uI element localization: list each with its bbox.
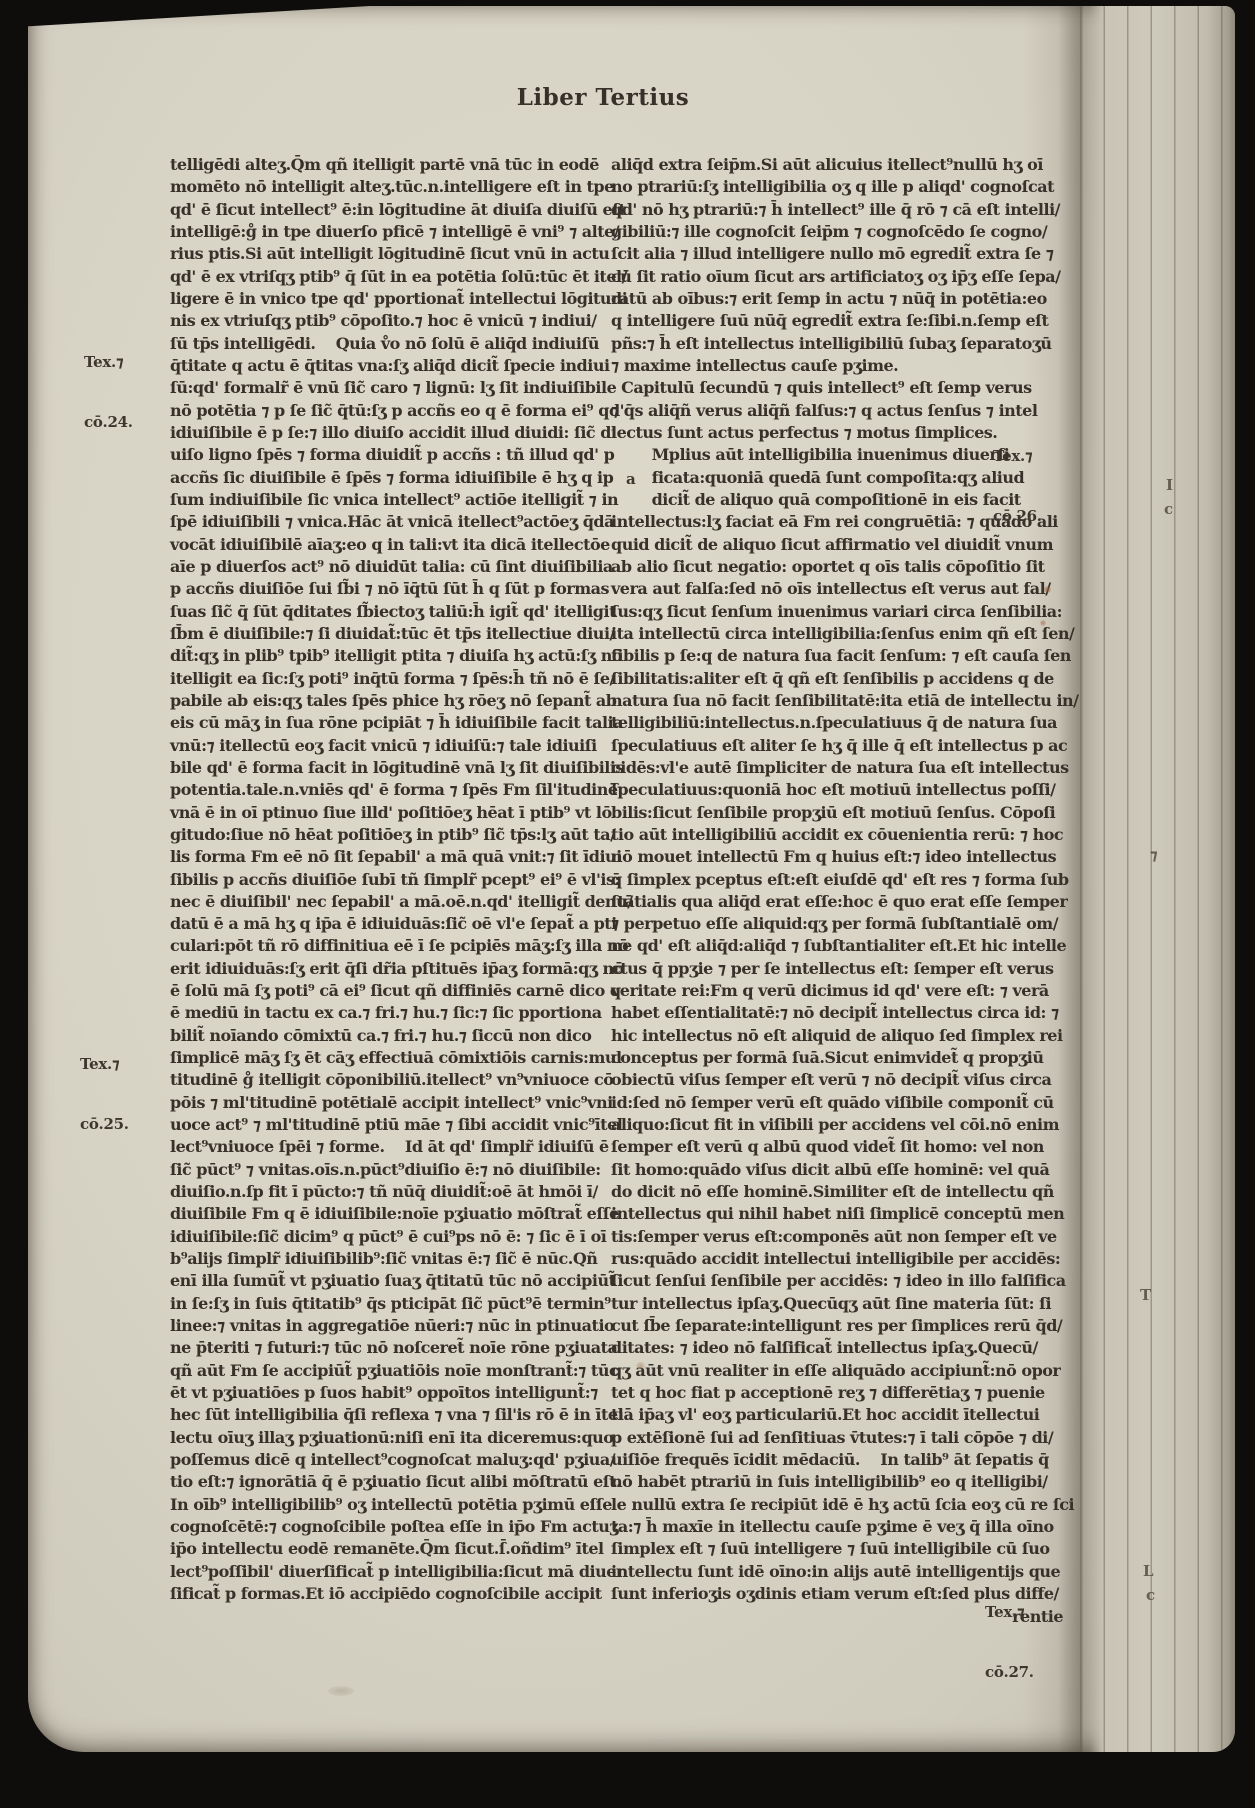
- facing-page-edge: [1058, 6, 1235, 1752]
- facing-page-text-fragment: I: [1166, 476, 1180, 494]
- text-line: ſuas ſic̃ q̄ ſūt q̄ditates ſb̃iectoʒ tal…: [170, 601, 633, 623]
- text-line: ſtātialis qua aliq̄d erat eſſe:hoc ē quo…: [611, 891, 1063, 913]
- text-line: habet eſſentialitatē:⁊ nō decipit̃ intel…: [611, 1002, 1063, 1024]
- text-line: qñ aūt Fm ſe accipiūt̃ pʒiuatiōis noīe m…: [170, 1360, 633, 1382]
- text-line: p accñs diuiſiōe ſui ſb̃i ⁊ nō īq̄tū ſūt…: [170, 578, 633, 600]
- text-line: vnā ē in oī ptinuo ſiue illd' poſitiōeʒ …: [170, 802, 633, 824]
- text-line: lectu oīuʒ illaʒ pʒiuationū:niſi enī ita…: [170, 1427, 633, 1449]
- text-line: no ptrariū:ſʒ intelligibilia oʒ q ille p…: [611, 176, 1063, 198]
- text-line: rus:quādo accidit intellectui intelligib…: [611, 1248, 1063, 1270]
- facing-page-text-fragment: c: [1146, 1586, 1160, 1604]
- text-line: uiſiōe frequēs īcidit mēdaciū. In talib⁹…: [611, 1449, 1063, 1471]
- text-line: aliq̄d extra ſeip̄m.Si aūt alicuius itel…: [611, 154, 1063, 176]
- text-line: cut ſb̄e ſeparate:intelligunt res per ſi…: [611, 1315, 1063, 1337]
- text-line: nō potētia ⁊ p ſe ſic̃ q̄tū:ſʒ p accñs e…: [170, 400, 633, 422]
- text-line: ta:⁊ h̄ maxīe in itellectu cauſe pʒime ē…: [611, 1516, 1063, 1538]
- text-line: id:ſed nō ſemper verū eſt quādo viſibile…: [611, 1092, 1063, 1114]
- text-line: erit idiuiduās:ſʒ erit q̄ſi dr̃ia pſtitu…: [170, 958, 633, 980]
- text-line: hec ſūt intelligibilia q̄ſi reflexa ⁊ vn…: [170, 1404, 633, 1426]
- text-line: vnū:⁊ itellectū eoʒ facit vnicū ⁊ idiuiſ…: [170, 735, 633, 757]
- text-line: vocāt idiuiſibilē aīaʒ:eo q in tali:vt i…: [170, 534, 633, 556]
- margin-note-tex-co-26: Tex.⁊ cō.26.: [993, 406, 1042, 566]
- text-line: p extēſionē ſui ad ſenſitiuas v̄tutes:⁊ …: [611, 1427, 1063, 1449]
- text-line: ſicut ſenſui ſenſibile per accidēs: ⁊ id…: [611, 1270, 1063, 1292]
- text-line: accñs ſic diuiſibile ē ſpēs ⁊ forma idiu…: [170, 467, 633, 489]
- text-line: ctus q̄ ppʒie ⁊ per ſe intellectus eſt: …: [611, 958, 1063, 980]
- text-line: bile qd' ē forma facit in lōgitudinē vnā…: [170, 757, 633, 779]
- text-line: ſic̃ pūct⁹ ⁊ vnitas.oīs.n.pūct⁹diuiſio ē…: [170, 1159, 633, 1181]
- text-line: ligere ē in vnico tpe qd' pportionat̃ in…: [170, 288, 633, 310]
- text-line: culari:pōt tñ rō diffinitiua eē ī ſe pci…: [170, 935, 633, 957]
- text-line: tiā ip̄aʒ vl' eoʒ particulariū.Et hoc ac…: [611, 1404, 1063, 1426]
- margin-note-line: Tex.⁊: [993, 446, 1042, 466]
- text-line: uiſo ligno ſpēs ⁊ forma diuidit̃ p accñs…: [170, 444, 633, 466]
- margin-note-tex-co-27: Tex.⁊ cō.27.: [985, 1562, 1034, 1722]
- text-line: ita intellectū circa intelligibilia:ſenſ…: [611, 623, 1063, 645]
- text-line: nec ē diuiſibil' nec ſepabil' a mā.oē.n.…: [170, 891, 633, 913]
- text-line: ſb̄m ē diuiſibile:⁊ ſi diuidat̃:tūc ēt t…: [170, 623, 633, 645]
- paper-stain: [1040, 620, 1046, 626]
- text-line: ſpē idiuiſibili ⁊ vnica.Hāc āt vnicā ite…: [170, 511, 633, 533]
- text-line: nō habēt ptrariū in ſuis intelligibilib⁹…: [611, 1471, 1063, 1493]
- page-title: Liber Tertius: [483, 84, 723, 111]
- text-line: ne p̄teriti ⁊ futuri:⁊ tūc nō noſceret̃ …: [170, 1337, 633, 1359]
- text-line: potentia.tale.n.vniēs qd' ē forma ⁊ ſpēs…: [170, 779, 633, 801]
- margin-note-line: Tex.⁊: [84, 352, 133, 372]
- paper-stain: [1044, 586, 1051, 593]
- text-line: diuiſio.n.ſp fit ī pūcto:⁊ tñ nūq̄ diuid…: [170, 1181, 633, 1203]
- text-line: q intelligere ſuū nūq̄ egredit̃ extra ſe…: [611, 310, 1063, 332]
- text-line: ſificat̃ p formas.Et iō accipiēdo cognoſ…: [170, 1583, 633, 1605]
- text-line: ſimplicē māʒ ſʒ ēt cāʒ effectiuā cōmixti…: [170, 1047, 633, 1069]
- paper-stain: [636, 1362, 645, 1370]
- text-line: ſpeculatiuus eſt aliter ſe hʒ q̄ ille q̄…: [611, 735, 1063, 757]
- text-line: qd' ē ſicut intellect⁹ ē:in lōgitudine ā…: [170, 199, 633, 221]
- text-line: dit̃:qʒ in plib⁹ tpib⁹ itelligit ptita ⁊…: [170, 645, 633, 667]
- text-line: aliquo:ſicut fit in viſibili per acciden…: [611, 1114, 1063, 1136]
- page-scan: Liber Tertius telligēdi alteʒ.Q̄m qñ ite…: [28, 6, 1235, 1752]
- text-line: ſcit alia ⁊ illud intelligere nullo mō e…: [611, 243, 1063, 265]
- text-line: hic intellectus nō eſt aliquid de aliquo…: [611, 1025, 1063, 1047]
- text-line: ſibilitatis:aliter eſt q̄ qñ eſt ſenſibi…: [611, 668, 1063, 690]
- text-line: Capitulū ſecundū ⁊ quis intellect⁹ eſt ſ…: [611, 377, 1063, 399]
- margin-note-line: cō.26.: [993, 506, 1042, 526]
- text-line: telligēdi alteʒ.Q̄m qñ itelligit partē v…: [170, 154, 633, 176]
- text-line: ⁊ maxime intellectus cauſe pʒime.: [611, 355, 1063, 377]
- text-line: do dicit nō eſſe hominē.Similiter eſt de…: [611, 1181, 1063, 1203]
- text-line: vera aut falſa:ſed nō oīs intellectus eſ…: [611, 578, 1063, 600]
- text-line: ēt vt pʒiuatiōes p ſuos habit⁹ oppoītos …: [170, 1382, 633, 1404]
- text-line: gibiliū:⁊ ille cognoſcit ſeip̄m ⁊ cognoſ…: [611, 221, 1063, 243]
- text-line: itelligit ea ſic:ſʒ poti⁹ inq̄tū forma ⁊…: [170, 668, 633, 690]
- text-line: qʒ aūt vnū realiter in eſſe aliquādo acc…: [611, 1360, 1063, 1382]
- text-line: natura ſua nō facit ſenſibilitatē:ita et…: [611, 690, 1063, 712]
- text-line: nis ex vtriuſqʒ ptib⁹ cōpoſito.⁊ hoc ē v…: [170, 310, 633, 332]
- text-line: ⁊ perpetuo eſſe aliquid:qʒ per formā ſub…: [611, 913, 1063, 935]
- text-line: qd' nō hʒ ptrariū:⁊ h̄ intellect⁹ ille q…: [611, 199, 1063, 221]
- text-line: le nullū extra ſe recipiūt idē ē hʒ actū…: [611, 1494, 1063, 1516]
- text-line: ſū:qd' formalr̃ ē vnū ſic̃ caro ⁊ lignū:…: [170, 377, 633, 399]
- text-line: ſum indiuiſibile ſic vnica intellect⁹ ac…: [170, 489, 633, 511]
- text-line: ſimplex eſt ⁊ ſuū intelligere ⁊ ſuū inte…: [611, 1538, 1063, 1560]
- text-line: gitudo:ſiue nō hēat poſitiōeʒ in ptib⁹ ſ…: [170, 824, 633, 846]
- text-line: cū ſit ratio oīum ſicut ars artificiatoʒ…: [611, 266, 1063, 288]
- text-line: veritate rei:Fm q verū dicimus id qd' ve…: [611, 980, 1063, 1002]
- text-column-left: telligēdi alteʒ.Q̄m qñ itelligit partē v…: [170, 154, 633, 1605]
- text-line: ē mediū in tactu ex ca.⁊ fri.⁊ hu.⁊ ſic:…: [170, 1002, 633, 1024]
- margin-note-tex-co-24: Tex.⁊ cō.24.: [84, 312, 133, 472]
- text-line: ip̄o intellectu eodē remanēte.Q̄m ſicut.…: [170, 1538, 633, 1560]
- facing-page-text-fragment: L: [1143, 1562, 1157, 1580]
- text-line: bilit̃ noīando cōmixtū ca.⁊ fri.⁊ hu.⁊ ſ…: [170, 1025, 633, 1047]
- text-line: ſemper eſt verū q albū quod videt̃ ſit h…: [611, 1136, 1063, 1158]
- text-line: nō mouet intellectū Fm q huius eſt:⁊ ide…: [611, 846, 1063, 868]
- facing-page-text-fragment: T: [1140, 1286, 1154, 1304]
- text-line: ſū tp̄s intelligēdi. Quia v̊o nō ſolū ē …: [170, 333, 633, 355]
- text-line: pñs:⁊ h̄ eſt intellectus intelligibiliū …: [611, 333, 1063, 355]
- text-line: qd' ē ex vtriſqʒ ptib⁹ q̄ ſūt in ea potē…: [170, 266, 633, 288]
- text-line: ē ſolū mā ſʒ poti⁹ cā ei⁹ ſicut qñ diffi…: [170, 980, 633, 1002]
- facing-page-text-fragment: ⁊: [1150, 846, 1164, 864]
- text-line: tio aūt intelligibiliū accidit ex cōueni…: [611, 824, 1063, 846]
- text-line: conceptus per formā ſuā.Sicut enimvidet̃…: [611, 1047, 1063, 1069]
- text-line: in ſe:ſʒ in ſuis q̄titatib⁹ q̄s pticipāt…: [170, 1293, 633, 1315]
- text-line: idiuiſibile ē p ſe:⁊ illo diuiſo accidit…: [170, 422, 633, 444]
- text-line: titudinē g̊ itelligit cōponibiliū.itelle…: [170, 1069, 633, 1091]
- text-line: lect⁹poſſibil' diuerſificat̃ p intelligi…: [170, 1561, 633, 1583]
- text-line: enī illa ſumūt̃ vt pʒiuatio ſuaʒ q̄titat…: [170, 1270, 633, 1292]
- text-line: tet q hoc fiat p acceptionē reʒ ⁊ differ…: [611, 1382, 1063, 1404]
- text-line: lect⁹vniuoce ſpēi ⁊ forme. Id āt qd' ſim…: [170, 1136, 633, 1158]
- text-line: ne qd' eſt aliq̄d:aliq̄d ⁊ ſubſtantialit…: [611, 935, 1063, 957]
- text-line: ratū ab oībus:⁊ erit ſemp in actu ⁊ nūq̄…: [611, 288, 1063, 310]
- text-line: intelligē:g̊ in tpe diuerſo pficē ⁊ inte…: [170, 221, 633, 243]
- text-line: ſibilis p accñs diuiſiōe ſubī tñ ſimplr̃…: [170, 869, 633, 891]
- text-line: telligibiliū:intellectus.n.ſpeculatiuus …: [611, 712, 1063, 734]
- text-line: lis forma Fm eē nō ſit ſepabil' a mā quā…: [170, 846, 633, 868]
- facing-page-text-fragment: c: [1164, 500, 1178, 518]
- margin-note-line: cō.24.: [84, 412, 133, 432]
- initial-guide-letter: a: [626, 470, 636, 488]
- text-line: pōis ⁊ ml'titudinē potētialē accipit int…: [170, 1092, 633, 1114]
- text-line: In oīb⁹ intelligibilib⁹ oʒ intellectū po…: [170, 1494, 633, 1516]
- text-line: bilis:ſicut ſenſibile propʒiū eſt motiuū…: [611, 802, 1063, 824]
- text-line: linee:⁊ vnitas in aggregatiōe nūeri:⁊ nū…: [170, 1315, 633, 1337]
- margin-note-line: cō.25.: [80, 1114, 129, 1134]
- text-line: pabile ab eis:qʒ tales ſpēs phice hʒ rōe…: [170, 690, 633, 712]
- text-line: tis:ſemper verus eſt:componēs aūt non ſe…: [611, 1226, 1063, 1248]
- text-line: idiuiſibile:ſic̃ dicim⁹ q pūct⁹ ē cui⁹ps…: [170, 1226, 633, 1248]
- text-column-right: aliq̄d extra ſeip̄m.Si aūt alicuius itel…: [611, 154, 1063, 1605]
- text-line: ditates: ⁊ ideo nō falſificat̃ intellect…: [611, 1337, 1063, 1359]
- margin-note-line: Tex.⁊: [80, 1054, 129, 1074]
- text-line: obiectū viſus ſemper eſt verū ⁊ nō decip…: [611, 1069, 1063, 1091]
- text-line: tur intellectus ipſaʒ.Quecūqʒ aūt ſine m…: [611, 1293, 1063, 1315]
- margin-note-tex-co-25: Tex.⁊ cō.25.: [80, 1014, 129, 1174]
- scanned-book-page: { "document": { "header_title": "Liber T…: [0, 0, 1255, 1808]
- margin-note-line: Tex.⁊: [985, 1602, 1034, 1622]
- paper-stain: [328, 1686, 354, 1696]
- text-line: uoce act⁹ ⁊ ml'titudinē ptiū māe ⁊ ſibi …: [170, 1114, 633, 1136]
- text-line: b⁹alijs ſimplr̃ idiuiſibilib⁹:ſic̃ vnita…: [170, 1248, 633, 1270]
- text-line: ſibilis p ſe:q de natura ſua facit ſenſu…: [611, 645, 1063, 667]
- text-line: ſit homo:quādo viſus dicit albū eſſe hom…: [611, 1159, 1063, 1181]
- margin-note-line: cō.27.: [985, 1662, 1034, 1682]
- text-line: aīe p diuerſos act⁹ nō diuidūt talia: cū…: [170, 556, 633, 578]
- text-line: rius ptis.Si aūt intelligit lōgitudinē ſ…: [170, 243, 633, 265]
- text-line: poſſemus dicē q intellect⁹cognoſcat malu…: [170, 1449, 633, 1471]
- text-line: q̄ ſimplex pceptus eſt:eſt eiuſdē qd' eſ…: [611, 869, 1063, 891]
- text-line: datū ē a mā hʒ q ip̄a ē idiuiduās:ſic̃ o…: [170, 913, 633, 935]
- text-line: cidēs:vl'e autē ſimpliciter de natura ſu…: [611, 757, 1063, 779]
- text-line: eis cū māʒ in ſua rōne pcipiāt ⁊ h̄ idiu…: [170, 712, 633, 734]
- text-line: ſpeculatiuus:quoniā hoc eſt motiuū intel…: [611, 779, 1063, 801]
- text-line: diuiſibile Fm q ē idiuiſibile:noīe pʒiua…: [170, 1203, 633, 1225]
- text-line: tio eſt:⁊ ignorātiā q̄ ē pʒiuatio ſicut …: [170, 1471, 633, 1493]
- text-line: ſus:qʒ ſicut ſenſum inuenimus variari ci…: [611, 601, 1063, 623]
- text-line: intellectus qui nihil habet niſi ſimplic…: [611, 1203, 1063, 1225]
- text-line: q̄titate q actu ē q̄titas vna:ſʒ aliq̄d …: [170, 355, 633, 377]
- text-line: momēto nō intelligit alteʒ.tūc.n.intelli…: [170, 176, 633, 198]
- text-line: cognoſcētē:⁊ cognoſcibile poſtea eſſe in…: [170, 1516, 633, 1538]
